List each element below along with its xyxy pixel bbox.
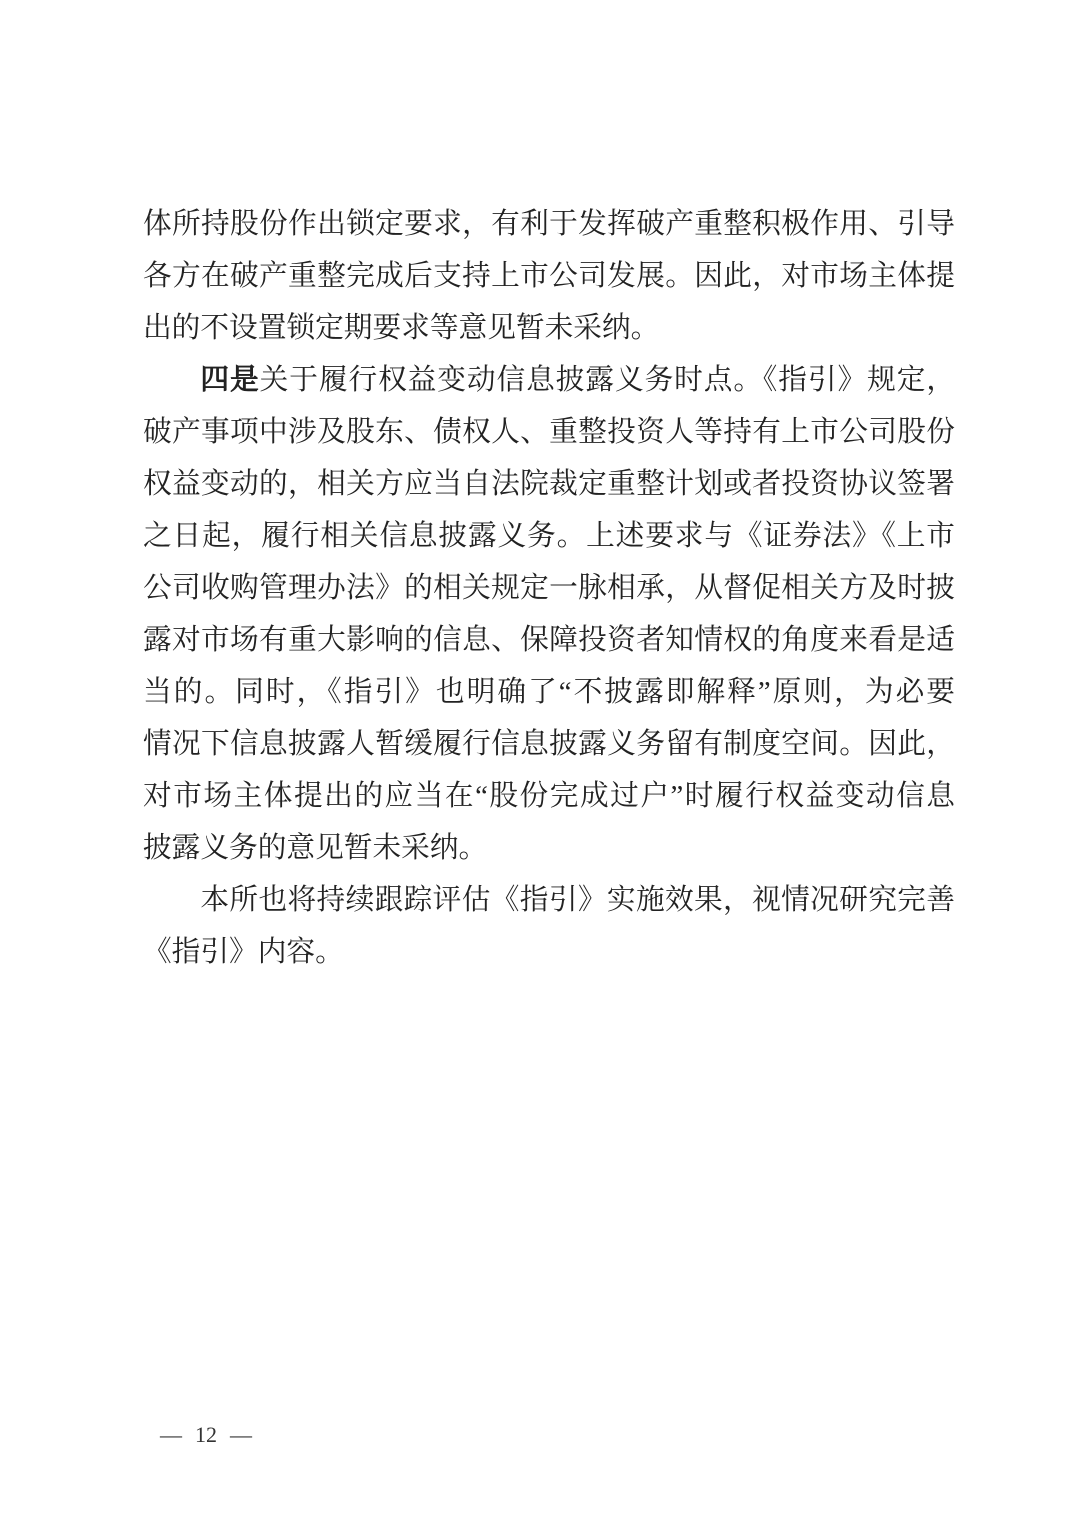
text-line-rest: 关于履行权益变动信息披露义务时点。《指引》规定， [260, 364, 955, 396]
text-line-paragraph-start: 本所也将持续跟踪评估《指引》实施效果，视情况研究完善 [143, 874, 955, 926]
page-number: 12 [195, 1422, 217, 1448]
text-line: 各方在破产重整完成后支持上市公司发展。因此，对市场主体提 [143, 250, 955, 302]
text-line: 披露义务的意见暂未采纳。 [143, 822, 955, 874]
text-line: 之日起，履行相关信息披露义务。上述要求与《证券法》《上市 [143, 510, 955, 562]
footer-dash-left: — [160, 1422, 182, 1448]
text-line: 情况下信息披露人暂缓履行信息披露义务留有制度空间。因此， [143, 718, 955, 770]
text-line: 《指引》内容。 [143, 926, 955, 978]
text-line: 当的。同时，《指引》也明确了“不披露即解释”原则，为必要 [143, 666, 955, 718]
document-body: 体所持股份作出锁定要求，有利于发挥破产重整积极作用、引导 各方在破产重整完成后支… [143, 198, 955, 978]
footer-dash-right: — [230, 1422, 252, 1448]
text-line: 体所持股份作出锁定要求，有利于发挥破产重整积极作用、引导 [143, 198, 955, 250]
text-line: 出的不设置锁定期要求等意见暂未采纳。 [143, 302, 955, 354]
text-line: 露对市场有重大影响的信息、保障投资者知情权的角度来看是适 [143, 614, 955, 666]
text-line: 公司收购管理办法》的相关规定一脉相承，从督促相关方及时披 [143, 562, 955, 614]
text-line: 对市场主体提出的应当在“股份完成过户”时履行权益变动信息 [143, 770, 955, 822]
paragraph-lead-bold: 四是 [200, 364, 259, 396]
page-footer: — 12 — [160, 1422, 252, 1448]
text-line: 破产事项中涉及股东、债权人、重整投资人等持有上市公司股份 [143, 406, 955, 458]
text-line-paragraph-start: 四是关于履行权益变动信息披露义务时点。《指引》规定， [143, 354, 955, 406]
text-line: 权益变动的，相关方应当自法院裁定重整计划或者投资协议签署 [143, 458, 955, 510]
document-page: 体所持股份作出锁定要求，有利于发挥破产重整积极作用、引导 各方在破产重整完成后支… [0, 0, 1080, 1527]
